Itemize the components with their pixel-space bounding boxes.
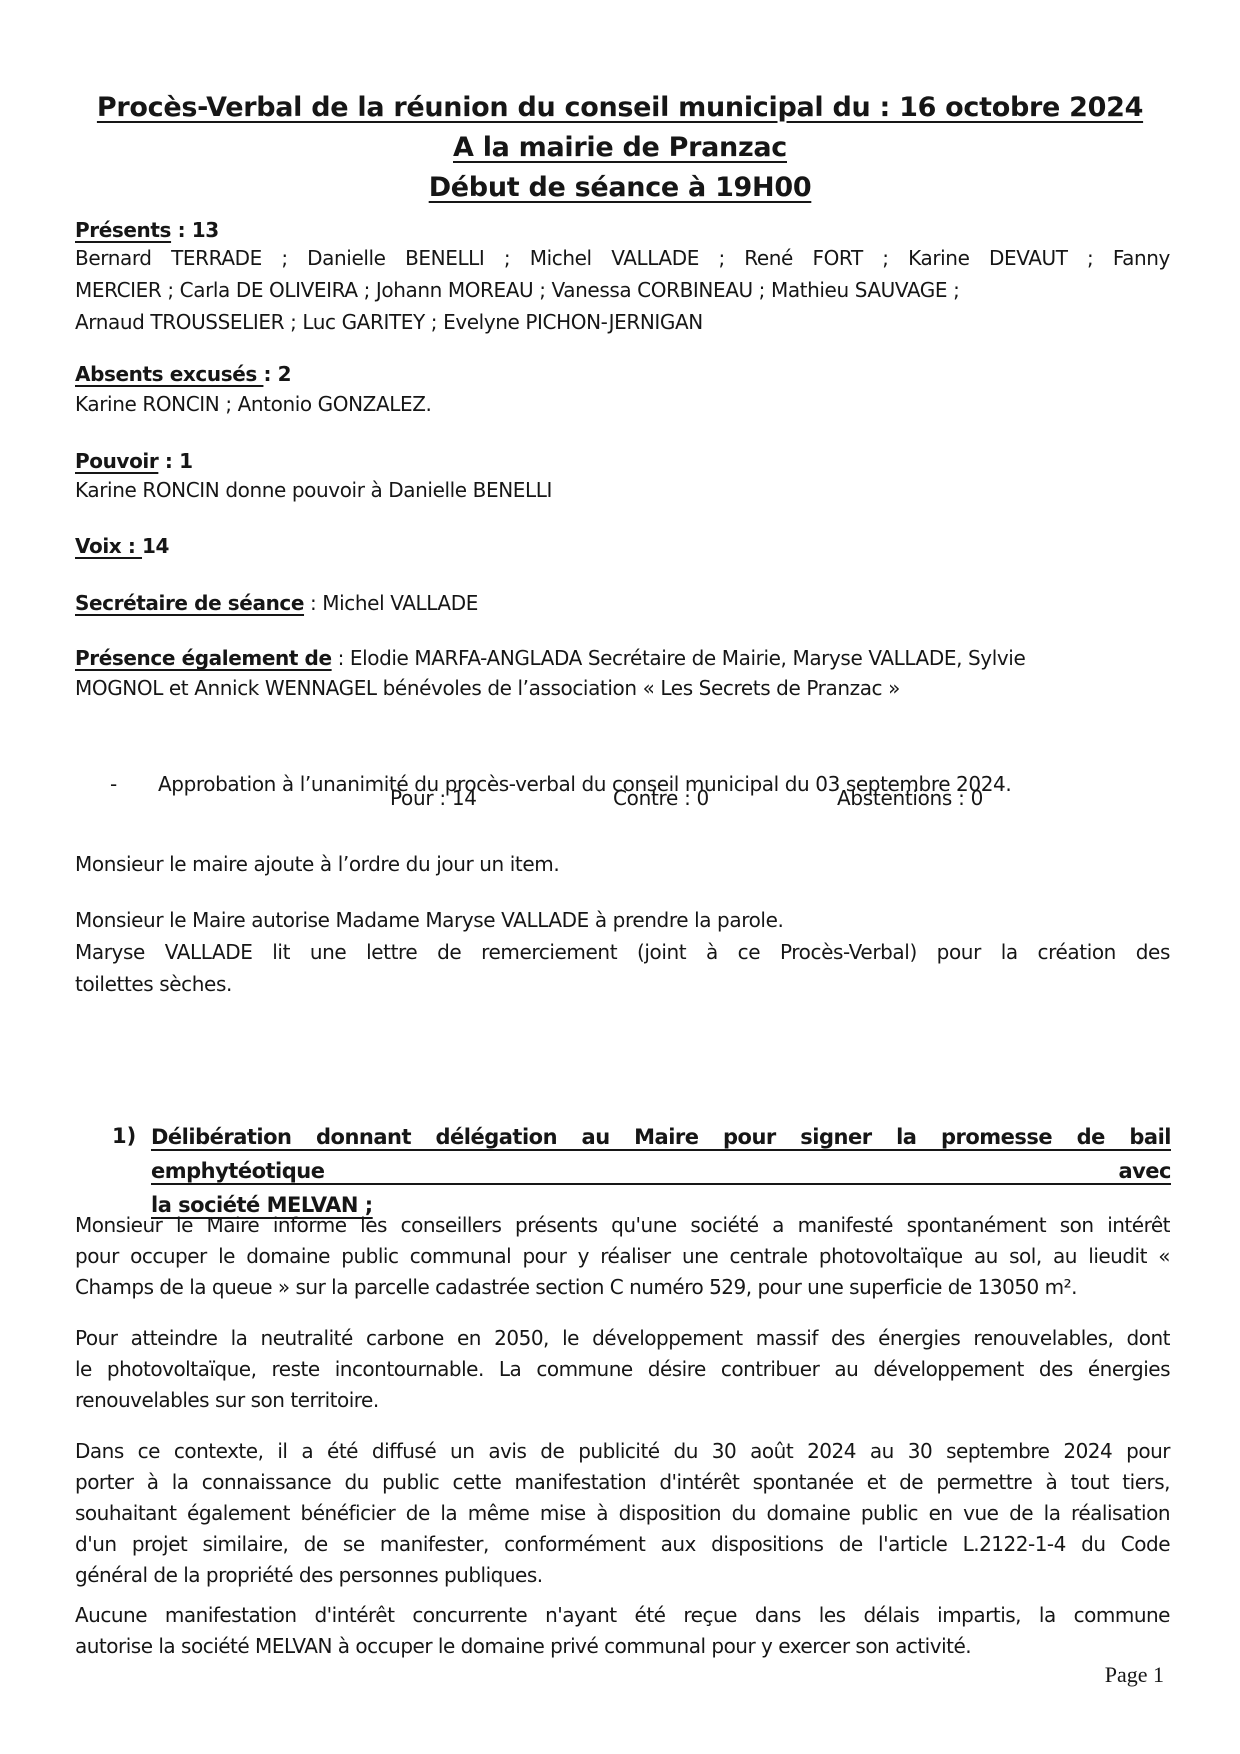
vote-abstentions: Abstentions : 0 — [837, 786, 983, 810]
absents-names: Karine RONCIN ; Antonio GONZALEZ. — [75, 388, 1170, 420]
item-title: Délibération donnant délégation au Maire… — [151, 1120, 1171, 1222]
paragraph-line: d'un projet similaire, de se manifester,… — [75, 1529, 1170, 1560]
parole-line: Maryse VALLADE lit une lettre de remerci… — [75, 936, 1170, 968]
absents-count: : 2 — [263, 362, 291, 386]
voix-count: 14 — [142, 534, 169, 558]
paragraph-line: souhaitant également bénéficier de la mê… — [75, 1498, 1170, 1529]
presence-line-2: MOGNOL et Annick WENNAGEL bénévoles de l… — [75, 672, 1170, 704]
paragraph-line: pour occuper le domaine public communal … — [75, 1241, 1170, 1272]
paragraph-line: le photovoltaïque, reste incontournable.… — [75, 1354, 1170, 1385]
document-page: Procès-Verbal de la réunion du conseil m… — [0, 0, 1240, 1754]
bullet-dash: - — [110, 772, 117, 796]
paragraph-2: Pour atteindre la neutralité carbone en … — [75, 1323, 1170, 1416]
parole-note: Monsieur le Maire autorise Madame Maryse… — [75, 904, 1170, 1000]
paragraph-line: Pour atteindre la neutralité carbone en … — [75, 1323, 1170, 1354]
absents-heading: Absents excusés : 2 — [75, 358, 1170, 390]
secretaire-label: Secrétaire de séance — [75, 591, 304, 615]
paragraph-3: Dans ce contexte, il a été diffusé un av… — [75, 1436, 1170, 1591]
paragraph-line: Dans ce contexte, il a été diffusé un av… — [75, 1436, 1170, 1467]
parole-line: toilettes sèches. — [75, 968, 1170, 1000]
title-line-3: Début de séance à 19H00 — [0, 168, 1240, 208]
presence-line-1: Présence également de : Elodie MARFA-ANG… — [75, 642, 1170, 674]
presents-line: MERCIER ; Carla DE OLIVEIRA ; Johann MOR… — [75, 274, 1170, 306]
presents-count: : 13 — [171, 218, 219, 242]
title-line-2: A la mairie de Pranzac — [0, 128, 1240, 168]
secretaire-line: Secrétaire de séance : Michel VALLADE — [75, 587, 1170, 619]
parole-line: Monsieur le Maire autorise Madame Maryse… — [75, 904, 1170, 936]
paragraph-line: Aucune manifestation d'intérêt concurren… — [75, 1600, 1170, 1631]
paragraph-line: porter à la connaissance du public cette… — [75, 1467, 1170, 1498]
item-number: 1) — [112, 1124, 136, 1148]
presence-label: Présence également de — [75, 646, 332, 670]
presents-line: Arnaud TROUSSELIER ; Luc GARITEY ; Evely… — [75, 306, 1170, 338]
voix-label: Voix : — [75, 534, 142, 558]
paragraph-line: Monsieur le Maire informe les conseiller… — [75, 1210, 1170, 1241]
vote-contre: Contre : 0 — [613, 786, 709, 810]
pouvoir-heading: Pouvoir : 1 — [75, 445, 1170, 477]
absents-label: Absents excusés — [75, 362, 263, 386]
presence-value: : Elodie MARFA-ANGLADA Secrétaire de Mai… — [332, 646, 1026, 670]
paragraph-line: général de la propriété des personnes pu… — [75, 1560, 1170, 1591]
title-line-1: Procès-Verbal de la réunion du conseil m… — [0, 88, 1240, 128]
item-title-line: Délibération donnant délégation au Maire… — [151, 1120, 1171, 1188]
paragraph-line: autorise la société MELVAN à occuper le … — [75, 1631, 1170, 1662]
voix-heading: Voix : 14 — [75, 530, 1170, 562]
pouvoir-label: Pouvoir — [75, 449, 158, 473]
paragraph-4: Aucune manifestation d'intérêt concurren… — [75, 1600, 1170, 1662]
document-title: Procès-Verbal de la réunion du conseil m… — [0, 88, 1240, 208]
paragraph-line: Champs de la queue » sur la parcelle cad… — [75, 1272, 1170, 1303]
secretaire-value: : Michel VALLADE — [304, 591, 478, 615]
presents-line: Bernard TERRADE ; Danielle BENELLI ; Mic… — [75, 242, 1170, 274]
paragraph-line: renouvelables sur son territoire. — [75, 1385, 1170, 1416]
presents-label: Présents — [75, 218, 171, 242]
presents-list: Bernard TERRADE ; Danielle BENELLI ; Mic… — [75, 242, 1170, 338]
page-number: Page 1 — [1105, 1662, 1164, 1688]
vote-pour: Pour : 14 — [390, 786, 477, 810]
paragraph-1: Monsieur le Maire informe les conseiller… — [75, 1210, 1170, 1303]
pouvoir-text: Karine RONCIN donne pouvoir à Danielle B… — [75, 474, 1170, 506]
pouvoir-count: : 1 — [158, 449, 192, 473]
ordre-du-jour-note: Monsieur le maire ajoute à l’ordre du jo… — [75, 848, 1170, 880]
